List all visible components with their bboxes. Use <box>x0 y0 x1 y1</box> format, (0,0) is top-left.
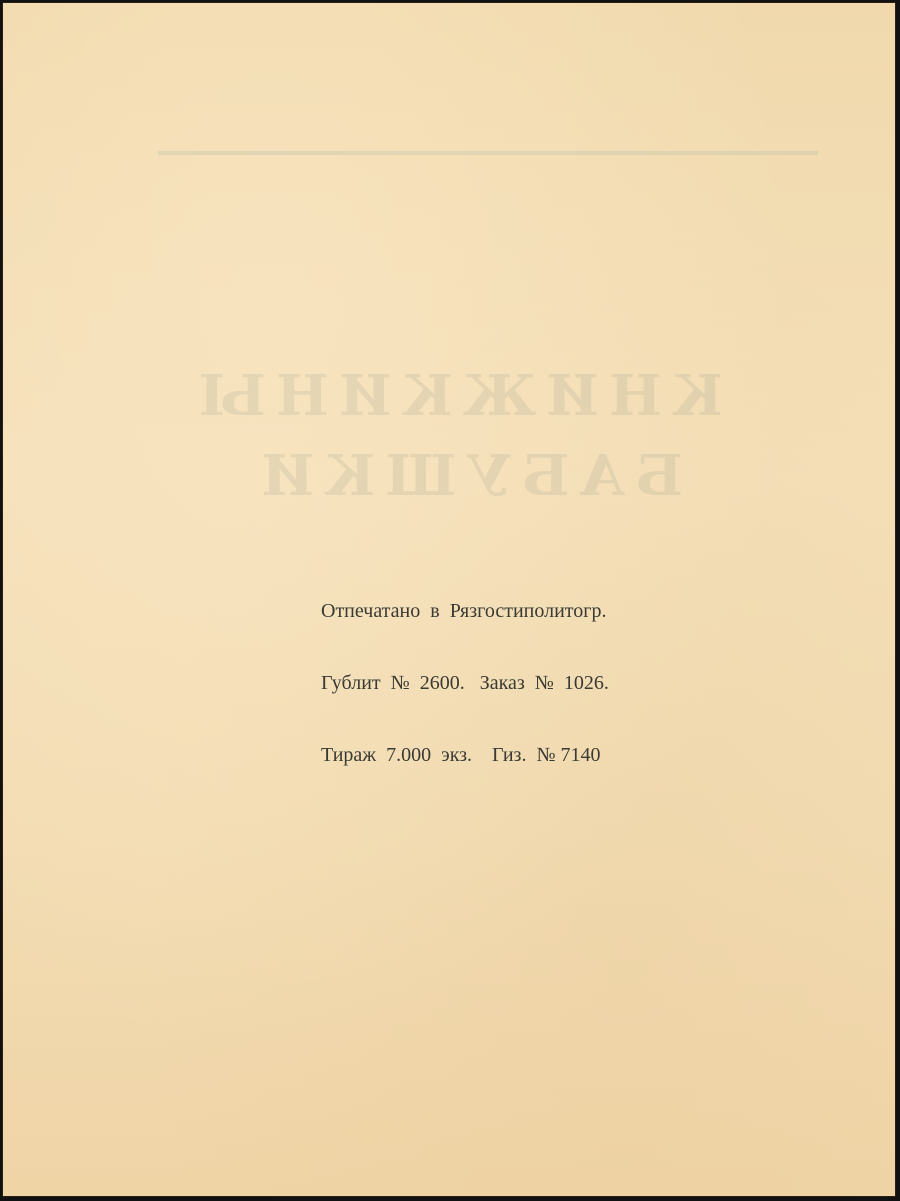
document-page: КНИЖКИНЫ БАБУШКИ Отпечатано в Рязгостипо… <box>2 2 896 1197</box>
imprint-line-order: Гублит № 2600. Заказ № 1026. <box>321 671 609 695</box>
show-through-rule <box>158 151 818 155</box>
show-through-title-line-1: КНИЖКИНЫ <box>263 363 723 429</box>
imprint-line-circulation: Тираж 7.000 экз. Гиз. № 7140 <box>321 743 609 767</box>
imprint-line-printer: Отпечатано в Рязгостиполитогр. <box>321 599 609 623</box>
show-through-title-line-2: БАБУШКИ <box>293 443 683 509</box>
printing-imprint: Отпечатано в Рязгостиполитогр. Гублит № … <box>321 551 609 815</box>
